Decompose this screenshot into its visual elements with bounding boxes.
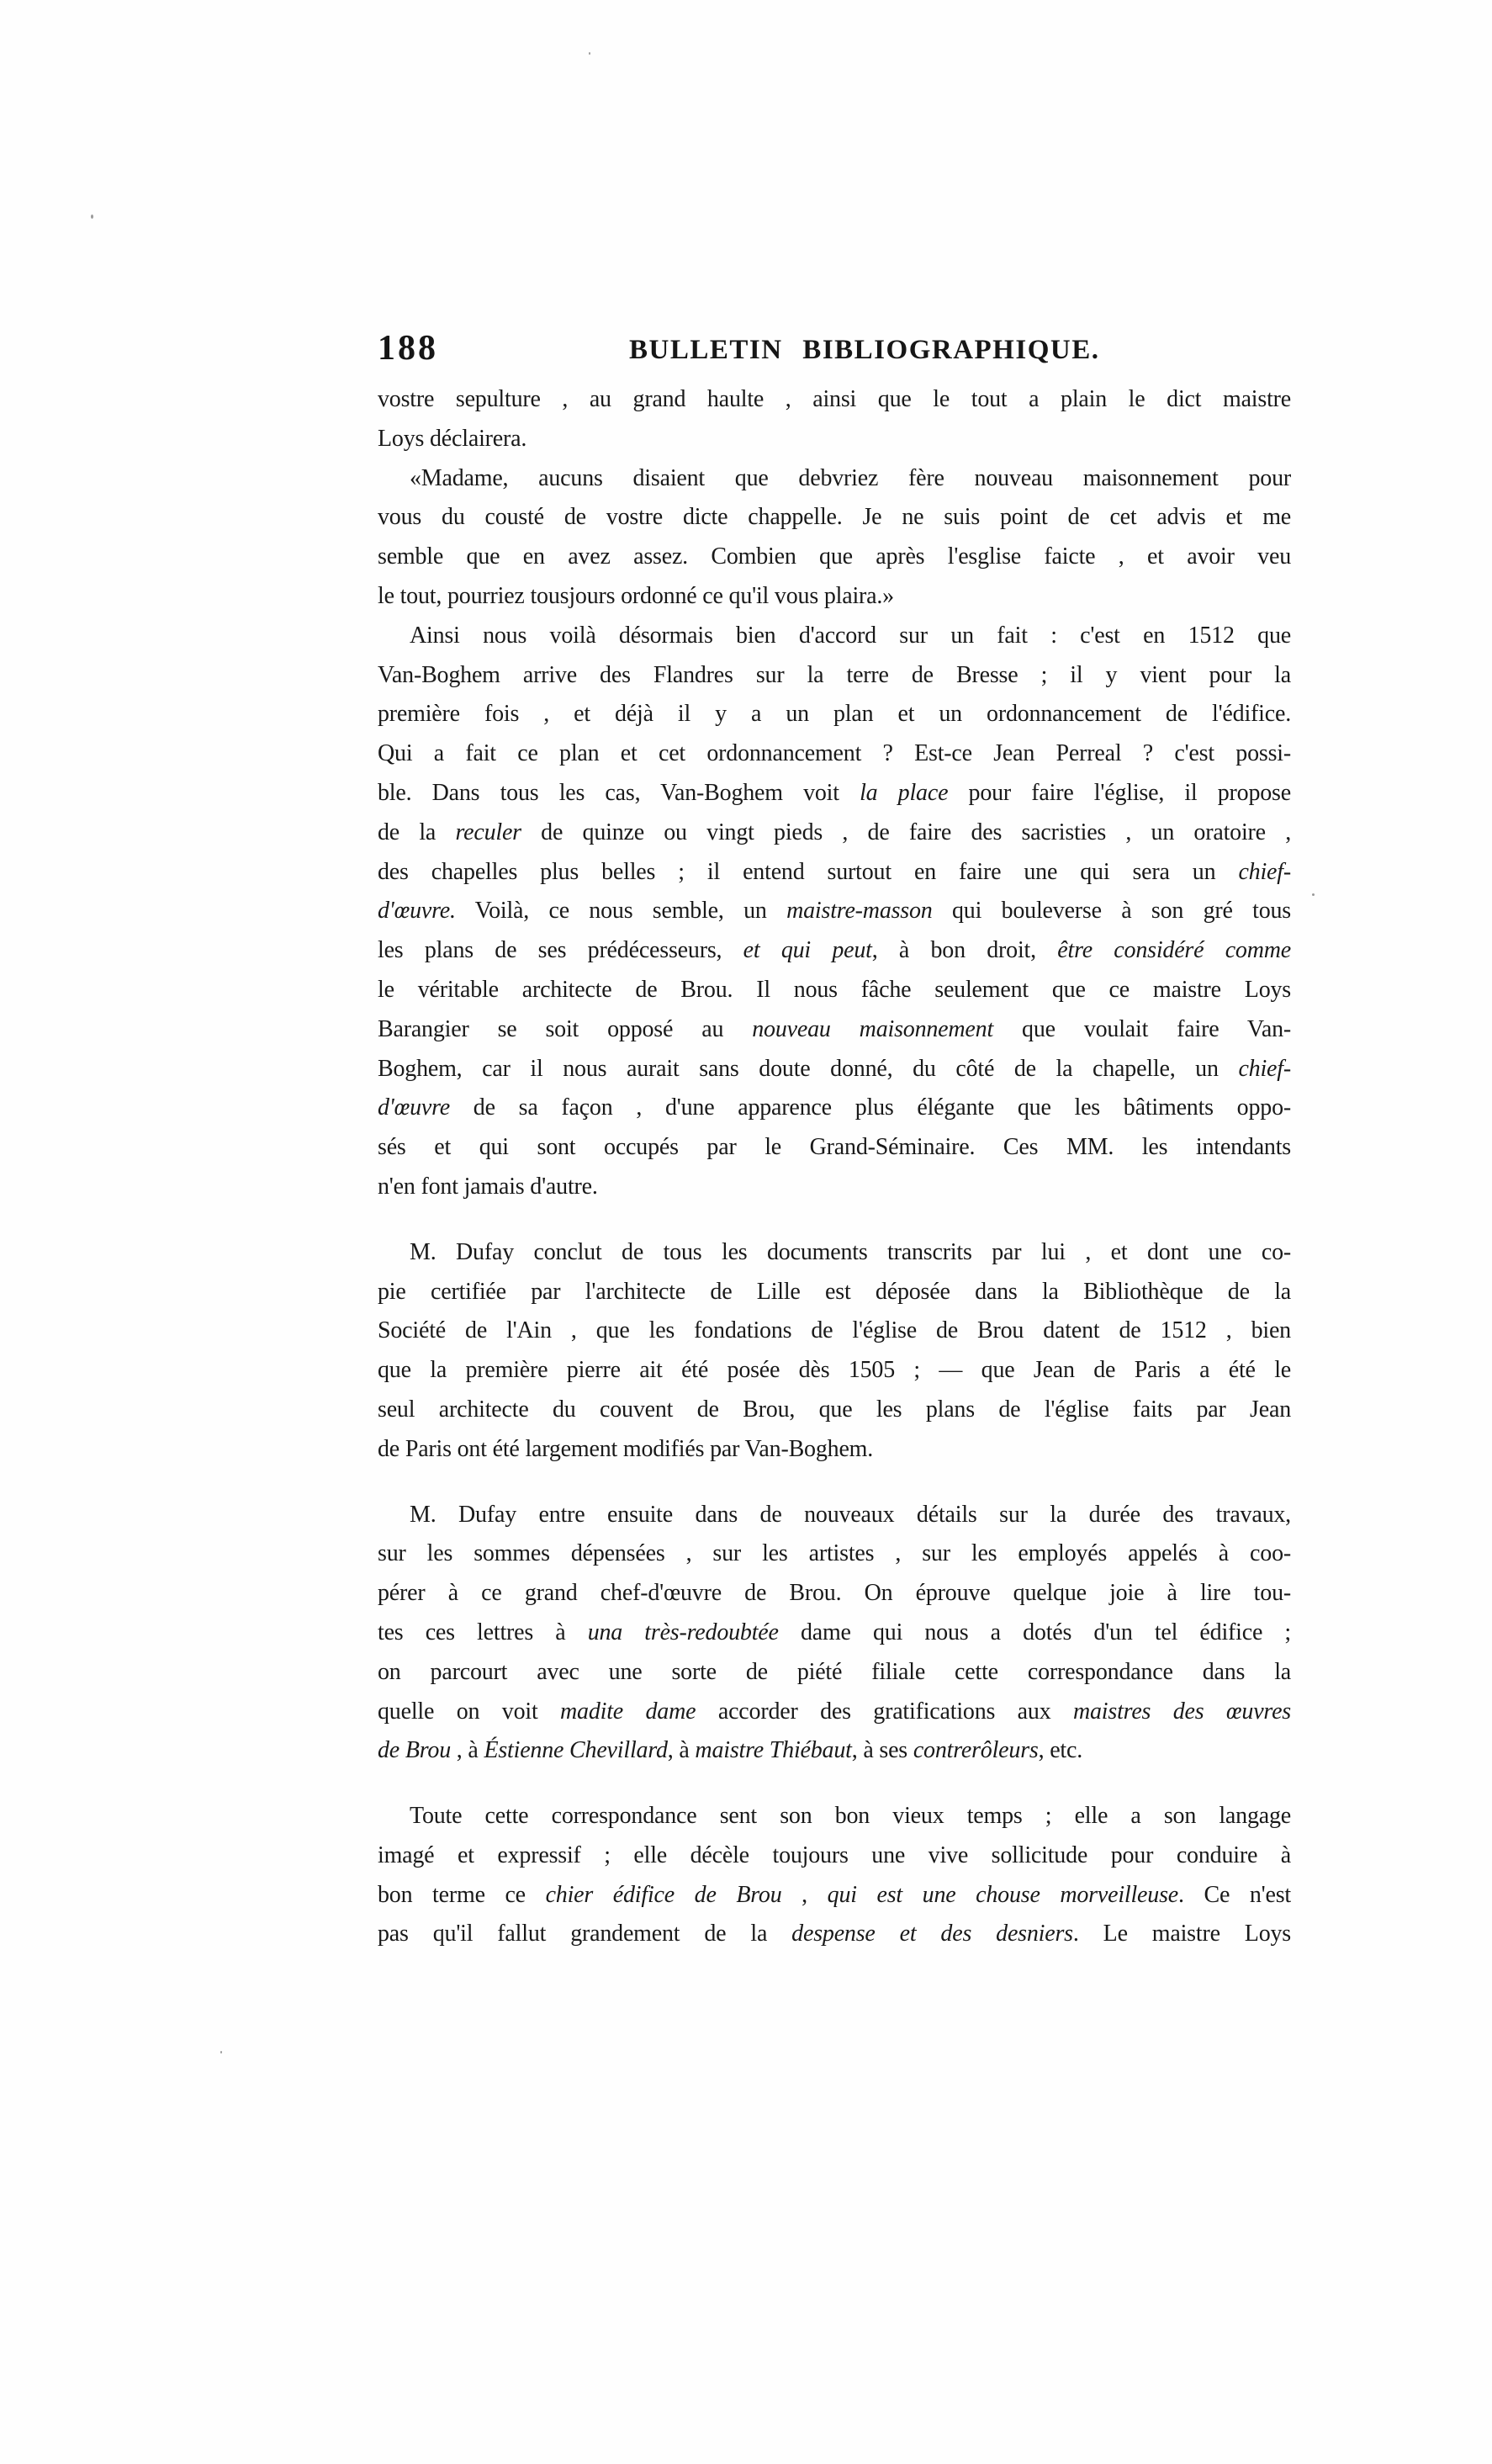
italic-text-segment: chief- <box>1238 1056 1291 1082</box>
scan-speck <box>589 52 590 55</box>
italic-text-segment: être considéré comme <box>1057 937 1291 963</box>
text-segment: seul architecte du couvent de Brou, que … <box>378 1396 1291 1423</box>
text-segment: on parcourt avec une sorte de piété fili… <box>378 1659 1291 1685</box>
text-segment: , à <box>668 1737 696 1763</box>
text-segment: pas qu'il fallut grandement de la <box>378 1921 791 1947</box>
text-segment: Boghem, car il nous aurait sans doute do… <box>378 1056 1238 1082</box>
text-line: Van-Boghem arrive des Flandres sur la te… <box>378 656 1291 696</box>
paragraph: vostre sepulture , au grand haulte , ain… <box>378 380 1291 459</box>
text-segment: pérer à ce grand chef-d'œuvre de Brou. O… <box>378 1580 1291 1606</box>
text-body: vostre sepulture , au grand haulte , ain… <box>378 380 1291 1954</box>
text-segment: , <box>782 1882 828 1908</box>
text-segment: Voilà, ce nous semble, un <box>456 898 786 924</box>
text-line: pas qu'il fallut grandement de la despen… <box>378 1915 1291 1954</box>
italic-text-segment: d'œuvre. <box>378 898 456 924</box>
text-line: tes ces lettres à una très-redoubtée dam… <box>378 1614 1291 1653</box>
text-segment: des chapelles plus belles ; il entend su… <box>378 859 1238 885</box>
text-segment: les plans de ses prédécesseurs, <box>378 937 743 963</box>
text-segment: Ainsi nous voilà désormais bien d'accord… <box>410 623 1291 649</box>
text-segment: pie certifiée par l'architecte de Lille … <box>378 1279 1291 1305</box>
paragraph: Ainsi nous voilà désormais bien d'accord… <box>378 617 1291 1207</box>
italic-text-segment: contrerôleurs <box>913 1737 1039 1763</box>
text-segment: pour faire l'église, il propose <box>948 780 1291 806</box>
text-segment: M. Dufay conclut de tous les documents t… <box>410 1239 1291 1265</box>
text-segment: le tout, pourriez tousjours ordonné ce q… <box>378 583 894 609</box>
italic-text-segment: maistre Thiébaut <box>695 1737 851 1763</box>
text-line: sés et qui sont occupés par le Grand-Sém… <box>378 1128 1291 1168</box>
text-line: Loys déclairera. <box>378 420 1291 459</box>
text-segment: vostre sepulture , au grand haulte , ain… <box>378 386 1291 412</box>
running-title: BULLETIN BIBLIOGRAPHIQUE. <box>629 335 1099 366</box>
text-segment: . Le maistre Loys <box>1073 1921 1291 1947</box>
text-segment: . Ce n'est <box>1178 1882 1291 1908</box>
text-line: Toute cette correspondance sent son bon … <box>378 1797 1291 1836</box>
text-line: d'œuvre de sa façon , d'une apparence pl… <box>378 1089 1291 1128</box>
paragraph: «Madame, aucuns disaient que debvriez fè… <box>378 459 1291 617</box>
text-line: M. Dufay entre ensuite dans de nouveaux … <box>378 1496 1291 1535</box>
italic-text-segment: una très-redoubtée <box>588 1619 779 1645</box>
text-line: ble. Dans tous les cas, Van-Boghem voit … <box>378 774 1291 813</box>
text-segment: M. Dufay entre ensuite dans de nouveaux … <box>410 1502 1291 1528</box>
text-line: que la première pierre ait été posée dès… <box>378 1351 1291 1391</box>
text-segment: accorder des gratifications aux <box>696 1698 1073 1725</box>
text-segment: imagé et expressif ; elle décèle toujour… <box>378 1842 1291 1868</box>
text-line: «Madame, aucuns disaient que debvriez fè… <box>378 459 1291 499</box>
text-line: imagé et expressif ; elle décèle toujour… <box>378 1836 1291 1876</box>
text-line: Barangier se soit opposé au nouveau mais… <box>378 1010 1291 1050</box>
text-segment: vous du cousté de vostre dicte chappelle… <box>378 504 1291 530</box>
text-line: M. Dufay conclut de tous les documents t… <box>378 1233 1291 1273</box>
text-segment: que la première pierre ait été posée dès… <box>378 1357 1291 1383</box>
text-segment: tes ces lettres à <box>378 1619 588 1645</box>
text-segment: sur les sommes dépensées , sur les artis… <box>378 1540 1291 1566</box>
text-segment: de la <box>378 819 455 845</box>
italic-text-segment: nouveau maisonnement <box>752 1016 993 1042</box>
text-segment: Qui a fait ce plan et cet ordonnancement… <box>378 740 1291 766</box>
text-segment: première fois , et déjà il y a un plan e… <box>378 701 1291 727</box>
italic-text-segment: chief- <box>1238 859 1291 885</box>
text-line: les plans de ses prédécesseurs, et qui p… <box>378 931 1291 971</box>
text-line: le tout, pourriez tousjours ordonné ce q… <box>378 577 1291 617</box>
text-line: le véritable architecte de Brou. Il nous… <box>378 971 1291 1010</box>
text-segment: de Paris ont été largement modifiés par … <box>378 1436 873 1462</box>
text-segment: Société de l'Ain , que les fondations de… <box>378 1317 1291 1343</box>
italic-text-segment: despense et des desniers <box>791 1921 1073 1947</box>
text-segment: bon terme ce <box>378 1882 546 1908</box>
text-line: d'œuvre. Voilà, ce nous semble, un maist… <box>378 892 1291 931</box>
text-line: bon terme ce chier édifice de Brou , qui… <box>378 1876 1291 1916</box>
text-segment: , à bon droit, <box>872 937 1058 963</box>
text-segment: de quinze ou vingt pieds , de faire des … <box>521 819 1291 845</box>
scan-speck <box>1312 893 1315 896</box>
text-line: on parcourt avec une sorte de piété fili… <box>378 1653 1291 1693</box>
italic-text-segment: chier édifice de Brou <box>546 1882 782 1908</box>
italic-text-segment: d'œuvre <box>378 1094 450 1121</box>
paragraph: M. Dufay entre ensuite dans de nouveaux … <box>378 1496 1291 1772</box>
text-line: seul architecte du couvent de Brou, que … <box>378 1391 1291 1430</box>
text-line: quelle on voit madite dame accorder des … <box>378 1693 1291 1732</box>
text-line: Société de l'Ain , que les fondations de… <box>378 1311 1291 1351</box>
text-segment: Loys déclairera. <box>378 426 526 452</box>
page: 188 BULLETIN BIBLIOGRAPHIQUE. vostre sep… <box>0 0 1492 2464</box>
text-segment: Van-Boghem arrive des Flandres sur la te… <box>378 662 1291 688</box>
italic-text-segment: maistre-masson <box>786 898 933 924</box>
text-line: première fois , et déjà il y a un plan e… <box>378 695 1291 734</box>
scan-speck <box>91 215 93 219</box>
text-line: pie certifiée par l'architecte de Lille … <box>378 1273 1291 1312</box>
text-segment: n'en font jamais d'autre. <box>378 1174 598 1200</box>
text-segment: , etc. <box>1039 1737 1082 1763</box>
text-line: Ainsi nous voilà désormais bien d'accord… <box>378 617 1291 656</box>
scan-speck <box>220 2051 222 2053</box>
text-segment: ble. Dans tous les cas, Van-Boghem voit <box>378 780 860 806</box>
text-segment: semble que en avez assez. Combien que ap… <box>378 543 1291 570</box>
paragraph: M. Dufay conclut de tous les documents t… <box>378 1233 1291 1470</box>
text-line: de la reculer de quinze ou vingt pieds ,… <box>378 813 1291 853</box>
text-line: n'en font jamais d'autre. <box>378 1168 1291 1207</box>
italic-text-segment: reculer <box>455 819 521 845</box>
text-line: semble que en avez assez. Combien que ap… <box>378 538 1291 577</box>
text-segment: dame qui nous a dotés d'un tel édifice ; <box>779 1619 1291 1645</box>
italic-text-segment: madite dame <box>560 1698 696 1725</box>
italic-text-segment: de Brou <box>378 1737 451 1763</box>
text-segment: de sa façon , d'une apparence plus éléga… <box>450 1094 1291 1121</box>
italic-text-segment: et qui peut <box>743 937 872 963</box>
text-segment: sés et qui sont occupés par le Grand-Sém… <box>378 1134 1291 1160</box>
text-segment: le véritable architecte de Brou. Il nous… <box>378 977 1291 1003</box>
text-segment: quelle on voit <box>378 1698 560 1725</box>
text-segment: , à <box>451 1737 484 1763</box>
text-line: pérer à ce grand chef-d'œuvre de Brou. O… <box>378 1574 1291 1614</box>
text-line: de Brou , à Éstienne Chevillard, à maist… <box>378 1731 1291 1771</box>
text-segment: Barangier se soit opposé au <box>378 1016 752 1042</box>
text-segment: Toute cette correspondance sent son bon … <box>410 1803 1291 1829</box>
text-segment: , à ses <box>852 1737 913 1763</box>
text-line: vostre sepulture , au grand haulte , ain… <box>378 380 1291 420</box>
text-line: Qui a fait ce plan et cet ordonnancement… <box>378 734 1291 774</box>
text-line: des chapelles plus belles ; il entend su… <box>378 853 1291 893</box>
text-line: Boghem, car il nous aurait sans doute do… <box>378 1050 1291 1089</box>
italic-text-segment: qui est une chouse morveilleuse <box>828 1882 1178 1908</box>
text-segment: que voulait faire Van- <box>993 1016 1291 1042</box>
text-line: sur les sommes dépensées , sur les artis… <box>378 1534 1291 1574</box>
italic-text-segment: la place <box>860 780 948 806</box>
italic-text-segment: Éstienne Chevillard <box>484 1737 667 1763</box>
text-line: vous du cousté de vostre dicte chappelle… <box>378 498 1291 538</box>
page-number: 188 <box>378 328 438 368</box>
paragraph: Toute cette correspondance sent son bon … <box>378 1797 1291 1954</box>
text-segment: qui bouleverse à son gré tous <box>933 898 1291 924</box>
text-segment: «Madame, aucuns disaient que debvriez fè… <box>410 465 1291 491</box>
italic-text-segment: maistres des œuvres <box>1073 1698 1291 1725</box>
text-line: de Paris ont été largement modifiés par … <box>378 1430 1291 1470</box>
